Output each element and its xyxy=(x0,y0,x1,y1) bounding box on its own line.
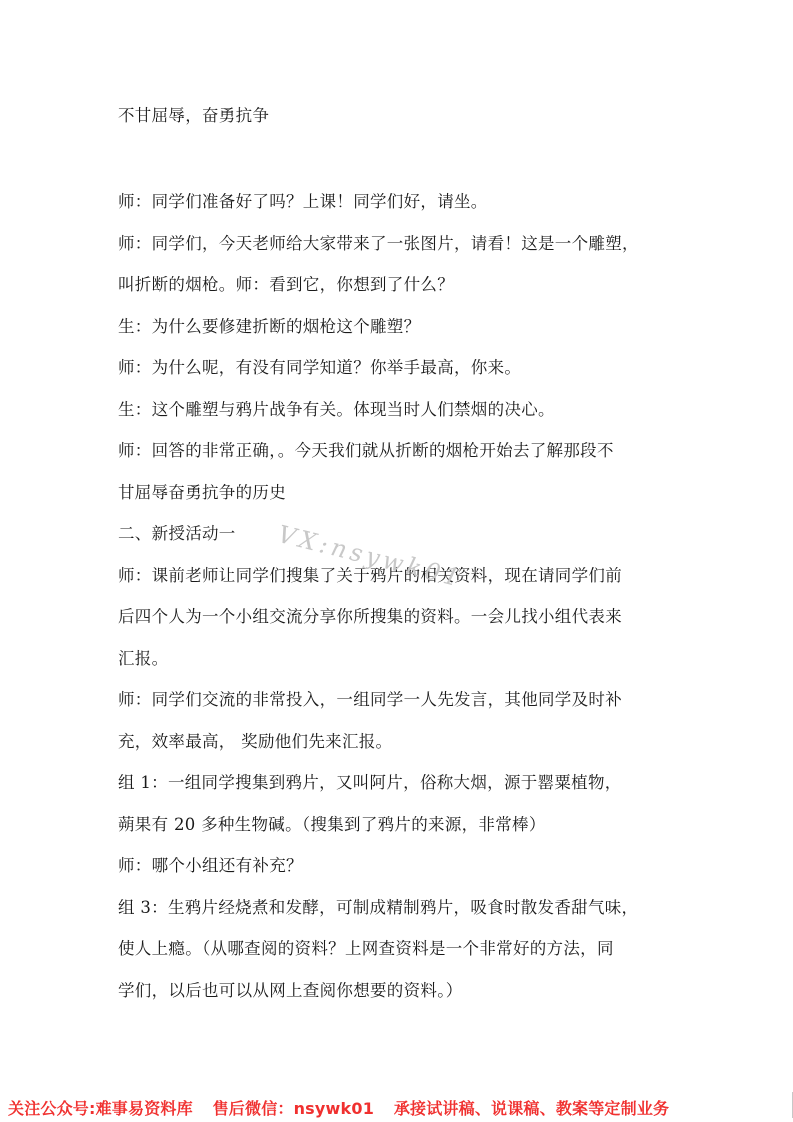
paragraph-line: 充，效率最高， 奖励他们先来汇报。 xyxy=(118,731,392,753)
paragraph-line: 组 1：一组同学搜集到鸦片，又叫阿片，俗称大烟，源于罂粟植物， xyxy=(118,772,622,794)
paragraph-line: 汇报。 xyxy=(118,648,168,670)
paragraph-line: 使人上瘾。（从哪查阅的资料？上网查资料是一个非常好的方法，同 xyxy=(118,938,614,960)
footer-services: 承接试讲稿、说课稿、教案等定制业务 xyxy=(394,1099,669,1118)
paragraph-line: 组 3：生鸦片经烧煮和发酵，可制成精制鸦片，吸食时散发香甜气味， xyxy=(118,897,638,919)
footer-public-account: 关注公众号:难事易资料库 xyxy=(8,1099,193,1118)
document-page: 不甘屈辱，奋勇抗争 师：同学们准备好了吗？上课！同学们好，请坐。 师：同学们，今… xyxy=(0,0,793,1122)
paragraph-line: 师：哪个小组还有补充？ xyxy=(118,855,303,877)
footer-wechat: 售后微信：nsywk01 xyxy=(213,1099,374,1118)
paragraph-line: 师：同学们准备好了吗？上课！同学们好，请坐。 xyxy=(118,191,488,213)
paragraph-line: 生：这个雕塑与鸦片战争有关。体现当时人们禁烟的决心。 xyxy=(118,399,555,421)
paragraph-line: 学们，以后也可以从网上查阅你想要的资料。） xyxy=(118,980,463,1002)
paragraph-line: 甘屈辱奋勇抗争的历史 xyxy=(118,482,286,504)
paragraph-line: 后四个人为一个小组交流分享你所搜集的资料。一会儿找小组代表来 xyxy=(118,606,622,628)
section-heading: 二、新授活动一 xyxy=(118,523,236,545)
document-title: 不甘屈辱，奋勇抗争 xyxy=(118,105,269,127)
paragraph-line: 师：课前老师让同学们搜集了关于鸦片的相关资料，现在请同学们前 xyxy=(118,565,622,587)
paragraph-line: 师：同学们，今天老师给大家带来了一张图片，请看！这是一个雕塑， xyxy=(118,233,639,255)
paragraph-line: 师：回答的非常正确，。今天我们就从折断的烟枪开始去了解那段不 xyxy=(118,440,614,462)
paragraph-line: 生：为什么要修建折断的烟枪这个雕塑？ xyxy=(118,316,420,338)
footer-banner: 关注公众号:难事易资料库 售后微信：nsywk01 承接试讲稿、说课稿、教案等定… xyxy=(8,1098,669,1120)
paragraph-line: 师：同学们交流的非常投入，一组同学一人先发言，其他同学及时补 xyxy=(118,689,622,711)
paragraph-line: 师：为什么呢，有没有同学知道？你举手最高，你来。 xyxy=(118,357,521,379)
paragraph-line: 叫折断的烟枪。师：看到它，你想到了什么？ xyxy=(118,274,454,296)
paragraph-line: 蒴果有 20 多种生物碱。（搜集到了鸦片的来源，非常棒） xyxy=(118,814,546,836)
